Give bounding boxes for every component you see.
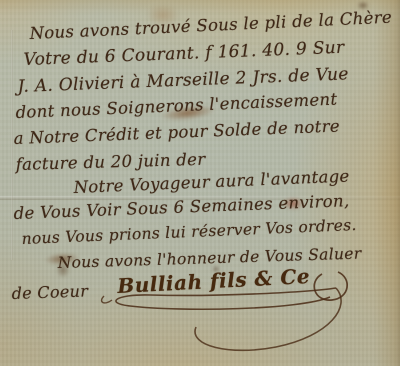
letter-line-6: facture du 20 juin der [15, 150, 205, 174]
fold-crease-vertical [11, 30, 13, 260]
letter-page: Nous avons trouvé Sous le pli de la Chèr… [0, 0, 400, 366]
letter-line-2: Votre du 6 Courant. f 161. 40. 9 Sur [23, 38, 345, 70]
paper-edge-right [374, 0, 400, 366]
letter-line-11: de Coeur [11, 281, 88, 303]
letter-line-10: Nous avons l'honneur de Vous Saluer [57, 244, 361, 272]
letter-line-5: a Notre Crédit et pour Solde de notre [13, 116, 340, 148]
